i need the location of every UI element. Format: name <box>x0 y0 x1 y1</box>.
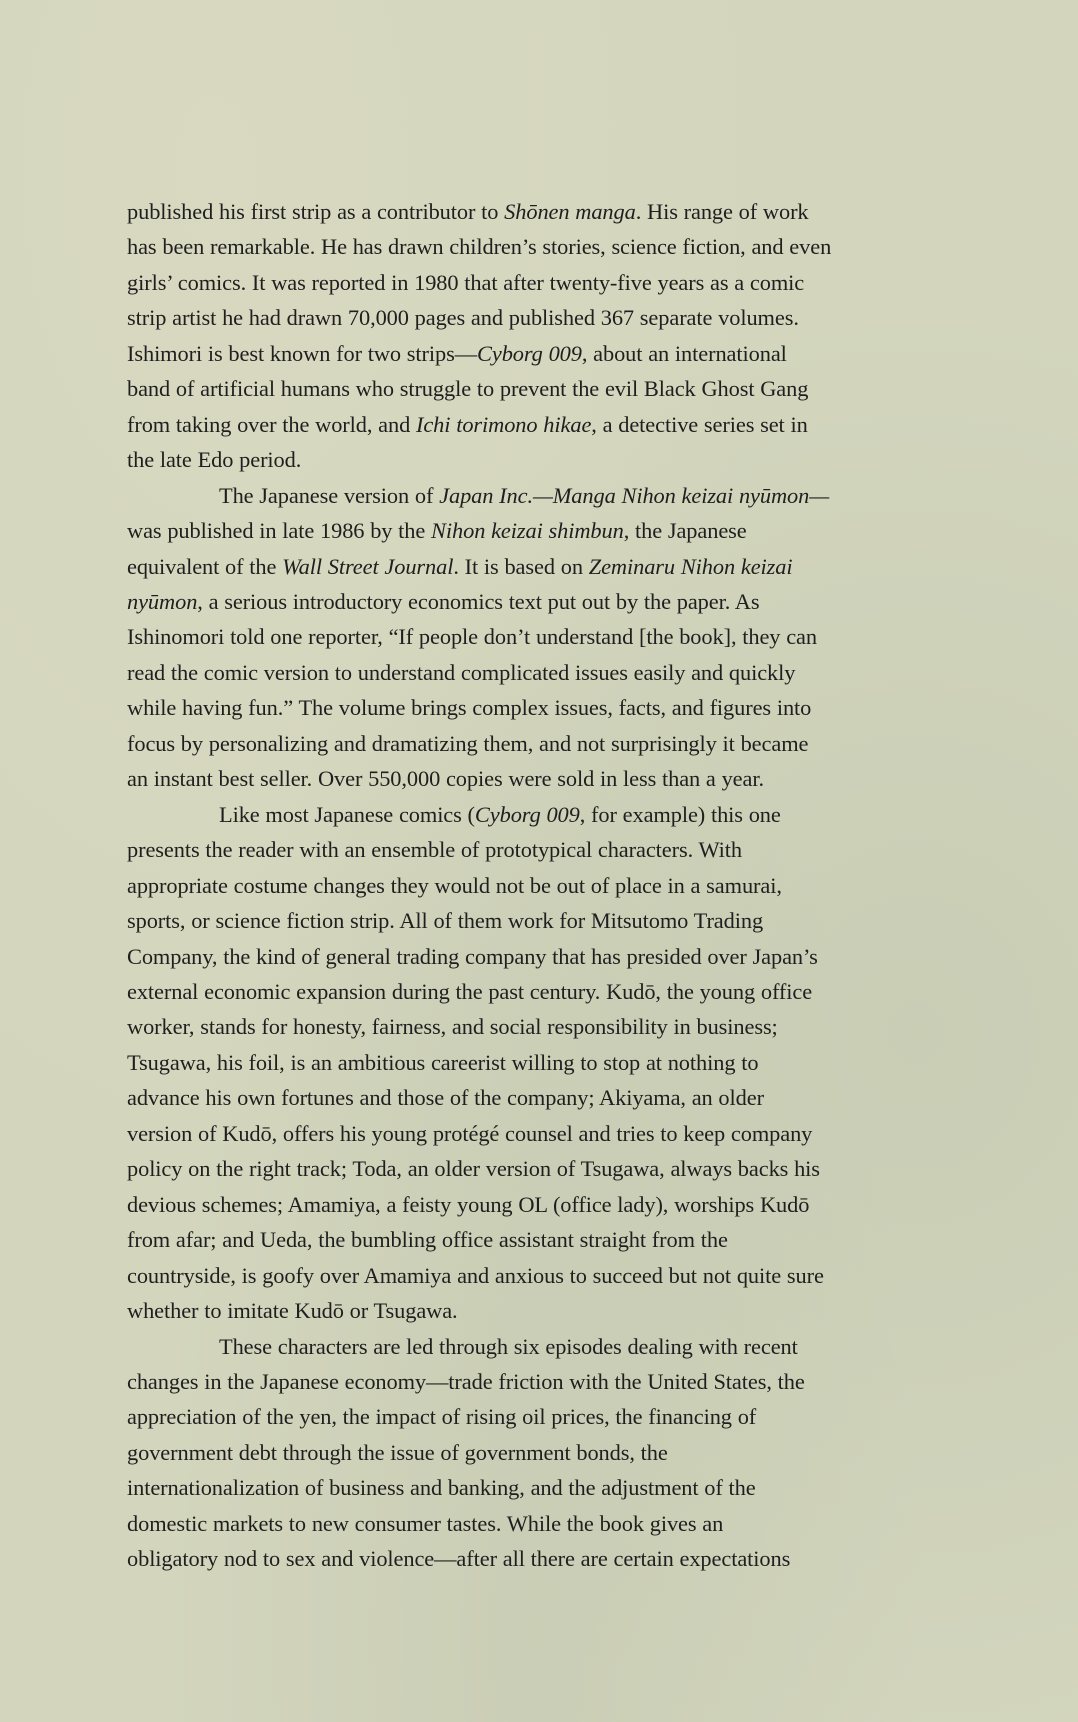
text-line: the late Edo period. <box>127 442 985 477</box>
text-line: whether to imitate Kudō or Tsugawa. <box>127 1293 985 1328</box>
text-run: , the Japanese <box>624 518 747 543</box>
text-run: countryside, is goofy over Amamiya and a… <box>127 1263 824 1288</box>
italic-title: Zeminaru Nihon keizai <box>589 554 793 579</box>
text-run: , about an international <box>582 341 787 366</box>
text-run: advance his own fortunes and those of th… <box>127 1085 764 1110</box>
text-run: appropriate costume changes they would n… <box>127 873 782 898</box>
text-line: The Japanese version of Japan Inc.—Manga… <box>127 478 985 513</box>
italic-title: Ichi torimono hikae <box>416 412 591 437</box>
text-run: presents the reader with an ensemble of … <box>127 837 742 862</box>
text-line: presents the reader with an ensemble of … <box>127 832 985 867</box>
text-line: published his first strip as a contribut… <box>127 194 985 229</box>
text-line: focus by personalizing and dramatizing t… <box>127 726 985 761</box>
italic-title: Shōnen manga <box>504 199 636 224</box>
italic-title: Cyborg 009 <box>475 802 580 827</box>
text-line: was published in late 1986 by the Nihon … <box>127 513 985 548</box>
text-run: devious schemes; Amamiya, a feisty young… <box>127 1192 809 1217</box>
text-run: was published in late 1986 by the <box>127 518 431 543</box>
paragraph: Like most Japanese comics (Cyborg 009, f… <box>127 797 985 1329</box>
text-run: , a detective series set in <box>591 412 807 437</box>
book-page: published his first strip as a contribut… <box>127 194 985 1577</box>
text-run: government debt through the issue of gov… <box>127 1440 668 1465</box>
text-run: read the comic version to understand com… <box>127 660 795 685</box>
text-run: policy on the right track; Toda, an olde… <box>127 1156 820 1181</box>
paragraph: published his first strip as a contribut… <box>127 194 985 478</box>
text-run: from taking over the world, and <box>127 412 416 437</box>
paragraph: The Japanese version of Japan Inc.—Manga… <box>127 478 985 797</box>
text-run: worker, stands for honesty, fairness, an… <box>127 1014 778 1039</box>
text-line: Tsugawa, his foil, is an ambitious caree… <box>127 1045 985 1080</box>
text-run: equivalent of the <box>127 554 282 579</box>
text-line: external economic expansion during the p… <box>127 974 985 1009</box>
text-run: strip artist he had drawn 70,000 pages a… <box>127 305 799 330</box>
text-run: sports, or science fiction strip. All of… <box>127 908 763 933</box>
text-line: from afar; and Ueda, the bumbling office… <box>127 1222 985 1257</box>
text-line: while having fun.” The volume brings com… <box>127 690 985 725</box>
text-line: equivalent of the Wall Street Journal. I… <box>127 549 985 584</box>
italic-title: Japan Inc.—Manga Nihon keizai nyūmon— <box>439 483 829 508</box>
text-run: Company, the kind of general trading com… <box>127 944 818 969</box>
text-run: girls’ comics. It was reported in 1980 t… <box>127 270 804 295</box>
text-run: whether to imitate Kudō or Tsugawa. <box>127 1298 458 1323</box>
italic-title: Wall Street Journal <box>282 554 453 579</box>
text-line: Company, the kind of general trading com… <box>127 939 985 974</box>
text-line: girls’ comics. It was reported in 1980 t… <box>127 265 985 300</box>
italic-title: Cyborg 009 <box>477 341 582 366</box>
text-run: . His range of work <box>636 199 809 224</box>
text-run: has been remarkable. He has drawn childr… <box>127 234 831 259</box>
text-run: external economic expansion during the p… <box>127 979 812 1004</box>
text-line: Like most Japanese comics (Cyborg 009, f… <box>127 797 985 832</box>
body-text: published his first strip as a contribut… <box>127 194 985 1577</box>
text-line: an instant best seller. Over 550,000 cop… <box>127 761 985 796</box>
text-line: strip artist he had drawn 70,000 pages a… <box>127 300 985 335</box>
text-line: worker, stands for honesty, fairness, an… <box>127 1009 985 1044</box>
text-run: obligatory nod to sex and violence—after… <box>127 1546 790 1571</box>
text-run: Like most Japanese comics ( <box>219 802 475 827</box>
text-line: sports, or science fiction strip. All of… <box>127 903 985 938</box>
text-run: published his first strip as a contribut… <box>127 199 504 224</box>
text-line: changes in the Japanese economy—trade fr… <box>127 1364 985 1399</box>
text-run: . It is based on <box>453 554 588 579</box>
text-line: internationalization of business and ban… <box>127 1470 985 1505</box>
text-line: version of Kudō, offers his young protég… <box>127 1116 985 1151</box>
text-run: focus by personalizing and dramatizing t… <box>127 731 808 756</box>
text-line: devious schemes; Amamiya, a feisty young… <box>127 1187 985 1222</box>
italic-title: nyūmon <box>127 589 197 614</box>
text-run: Tsugawa, his foil, is an ambitious caree… <box>127 1050 758 1075</box>
text-run: Ishimori is best known for two strips— <box>127 341 477 366</box>
text-run: from afar; and Ueda, the bumbling office… <box>127 1227 728 1252</box>
text-line: domestic markets to new consumer tastes.… <box>127 1506 985 1541</box>
text-run: , for example) this one <box>580 802 781 827</box>
text-run: , a serious introductory economics text … <box>197 589 759 614</box>
text-run: while having fun.” The volume brings com… <box>127 695 811 720</box>
text-line: has been remarkable. He has drawn childr… <box>127 229 985 264</box>
text-line: appropriate costume changes they would n… <box>127 868 985 903</box>
text-line: These characters are led through six epi… <box>127 1329 985 1364</box>
text-line: obligatory nod to sex and violence—after… <box>127 1541 985 1576</box>
text-run: These characters are led through six epi… <box>219 1334 798 1359</box>
paragraph: These characters are led through six epi… <box>127 1329 985 1577</box>
text-line: policy on the right track; Toda, an olde… <box>127 1151 985 1186</box>
text-line: read the comic version to understand com… <box>127 655 985 690</box>
text-line: band of artificial humans who struggle t… <box>127 371 985 406</box>
text-line: countryside, is goofy over Amamiya and a… <box>127 1258 985 1293</box>
text-run: the late Edo period. <box>127 447 301 472</box>
text-run: an instant best seller. Over 550,000 cop… <box>127 766 764 791</box>
text-run: Ishinomori told one reporter, “If people… <box>127 624 817 649</box>
text-run: domestic markets to new consumer tastes.… <box>127 1511 723 1536</box>
text-run: changes in the Japanese economy—trade fr… <box>127 1369 805 1394</box>
italic-title: Nihon keizai shimbun <box>431 518 624 543</box>
text-run: appreciation of the yen, the impact of r… <box>127 1404 756 1429</box>
text-line: advance his own fortunes and those of th… <box>127 1080 985 1115</box>
text-run: internationalization of business and ban… <box>127 1475 756 1500</box>
text-run: band of artificial humans who struggle t… <box>127 376 808 401</box>
text-run: The Japanese version of <box>219 483 439 508</box>
text-run: version of Kudō, offers his young protég… <box>127 1121 812 1146</box>
text-line: Ishimori is best known for two strips—Cy… <box>127 336 985 371</box>
text-line: from taking over the world, and Ichi tor… <box>127 407 985 442</box>
text-line: Ishinomori told one reporter, “If people… <box>127 619 985 654</box>
text-line: government debt through the issue of gov… <box>127 1435 985 1470</box>
text-line: nyūmon, a serious introductory economics… <box>127 584 985 619</box>
text-line: appreciation of the yen, the impact of r… <box>127 1399 985 1434</box>
